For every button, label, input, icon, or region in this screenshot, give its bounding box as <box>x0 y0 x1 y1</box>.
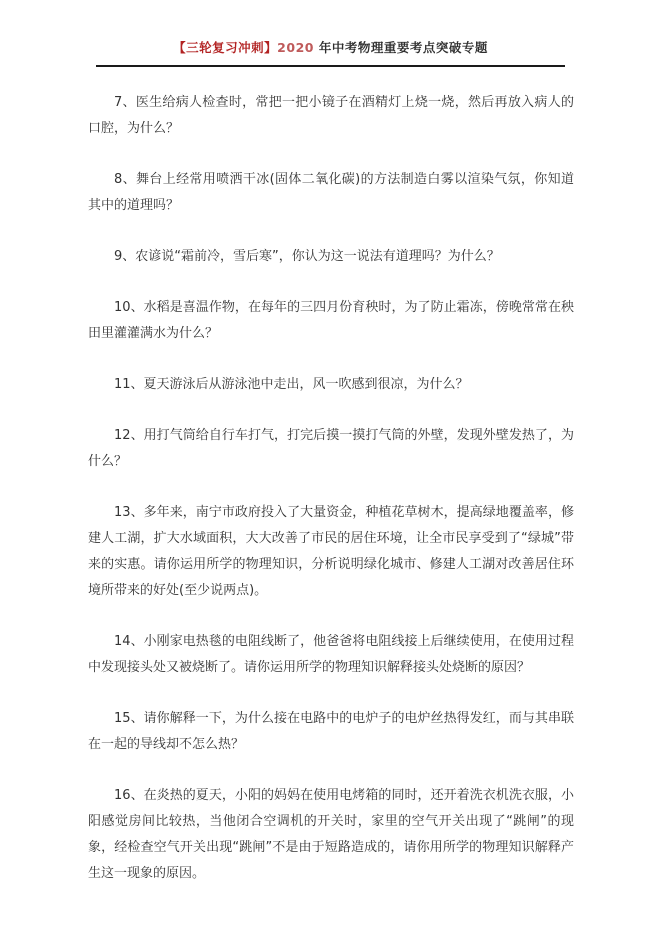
question-8: 8、舞台上经常用喷洒干冰(固体二氧化碳)的方法制造白雾以渲染气氛，你知道其中的道… <box>88 167 574 219</box>
page-header: 【三轮复习冲刺】2020 年中考物理重要考点突破专题 <box>96 38 565 67</box>
question-10: 10、水稻是喜温作物，在每年的三四月份育秧时，为了防止霜冻，傍晚常常在秧田里灌灌… <box>88 295 574 347</box>
question-9: 9、农谚说“霜前冷，雪后寒”，你认为这一说法有道理吗？为什么？ <box>88 244 574 270</box>
document-page: 【三轮复习冲刺】2020 年中考物理重要考点突破专题 7、医生给病人检查时，常把… <box>0 0 661 935</box>
question-7: 7、医生给病人检查时，常把一把小镜子在酒精灯上烧一烧，然后再放入病人的口腔，为什… <box>88 90 574 142</box>
header-title: 年中考物理重要考点突破专题 <box>314 40 488 55</box>
header-year: 2020 <box>277 40 314 55</box>
question-12: 12、用打气筒给自行车打气，打完后摸一摸打气筒的外壁，发现外壁发热了，为什么？ <box>88 423 574 475</box>
question-list: 7、医生给病人检查时，常把一把小镜子在酒精灯上烧一烧，然后再放入病人的口腔，为什… <box>88 90 574 912</box>
question-11: 11、夏天游泳后从游泳池中走出，风一吹感到很凉，为什么？ <box>88 372 574 398</box>
question-16: 16、在炎热的夏天，小阳的妈妈在使用电烤箱的同时，还开着洗衣机洗衣服，小阳感觉房… <box>88 783 574 887</box>
header-series-tag: 【三轮复习冲刺】 <box>173 40 277 55</box>
question-15: 15、请你解释一下，为什么接在电路中的电炉子的电炉丝热得发红，而与其串联在一起的… <box>88 706 574 758</box>
question-13: 13、多年来，南宁市政府投入了大量资金，种植花草树木，提高绿地覆盖率，修建人工湖… <box>88 500 574 604</box>
question-14: 14、小刚家电热毯的电阻线断了，他爸爸将电阻线接上后继续使用，在使用过程中发现接… <box>88 629 574 681</box>
